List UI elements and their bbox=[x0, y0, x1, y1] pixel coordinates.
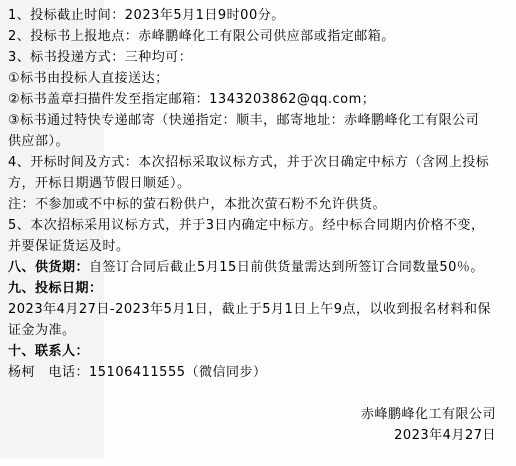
text-segment: ②标书盖章扫描件发至指定邮箱：1343203862@qq.com； bbox=[8, 92, 375, 107]
document-line-9: 方，开标日期遇节假日顺延）。 bbox=[8, 173, 516, 194]
document-line-15: 2023年4月27日-2023年5月1日，截止于5月1日上午9点，以收到报名材料… bbox=[8, 299, 516, 320]
document-line-3: 3、标书投递方式：三种均可： bbox=[8, 47, 516, 68]
text-segment: 自签订合同后截止5月15日前供货量需达到所签订合同数量50％。 bbox=[89, 260, 484, 275]
text-segment: 5、本次招标采用议标方式，并于3日内确定中标方。经中标合同期内价格不变， bbox=[8, 218, 485, 233]
text-segment: 3、标书投递方式：三种均可： bbox=[8, 50, 192, 65]
text-segment: ③标书通过特快专递邮寄（快递指定：顺丰，邮寄地址：赤峰鹏峰化工有限公司 bbox=[8, 113, 479, 128]
text-segment: 并要保证货运及时。 bbox=[8, 239, 130, 254]
document-line-1: 1、投标截止时间：2023年5月1日9时00分。 bbox=[8, 5, 516, 26]
document-line-17: 十、联系人： bbox=[8, 341, 516, 362]
text-segment: 供应部）。 bbox=[8, 134, 69, 149]
document-line-14: 九、投标日期： bbox=[8, 278, 516, 299]
document-line-13: 八、供货期：自签订合同后截止5月15日前供货量需达到所签订合同数量50％。 bbox=[8, 257, 516, 278]
document-line-12: 并要保证货运及时。 bbox=[8, 236, 516, 257]
document-body: 1、投标截止时间：2023年5月1日9时00分。2、投标书上报地点：赤峰鹏峰化工… bbox=[8, 5, 516, 446]
text-segment: 2、投标书上报地点：赤峰鹏峰化工有限公司供应部或指定邮箱。 bbox=[8, 29, 395, 44]
document-line-5: ②标书盖章扫描件发至指定邮箱：1343203862@qq.com； bbox=[8, 89, 516, 110]
text-segment: 证金为准。 bbox=[8, 323, 76, 338]
text-segment: 注：不参加或不中标的萤石粉供户，本批次萤石粉不允许供货。 bbox=[8, 197, 386, 212]
document-line-8: 4、开标时间及方式：本次招标采取议标方式，并于次日确定中标方（含网上投标 bbox=[8, 152, 516, 173]
heading-segment: 十、联系人： bbox=[8, 344, 89, 359]
text-segment: 杨柯 电话：15106411555（微信同步） bbox=[8, 365, 266, 380]
text-segment: 2023年4月27日 bbox=[394, 428, 496, 443]
document-line-6: ③标书通过特快专递邮寄（快递指定：顺丰，邮寄地址：赤峰鹏峰化工有限公司 bbox=[8, 110, 516, 131]
heading-segment: 九、投标日期： bbox=[8, 281, 103, 296]
text-segment: ①标书由投标人直接送达； bbox=[8, 71, 169, 86]
document-line-2: 2、投标书上报地点：赤峰鹏峰化工有限公司供应部或指定邮箱。 bbox=[8, 26, 516, 47]
document-line-21: 2023年4月27日 bbox=[8, 425, 516, 446]
document-line-18: 杨柯 电话：15106411555（微信同步） bbox=[8, 362, 516, 383]
document-line-16: 证金为准。 bbox=[8, 320, 516, 341]
text-segment: 方，开标日期遇节假日顺延）。 bbox=[8, 176, 191, 191]
text-segment: 赤峰鹏峰化工有限公司 bbox=[361, 407, 496, 422]
document-line-4: ①标书由投标人直接送达； bbox=[8, 68, 516, 89]
heading-segment: 八、供货期： bbox=[8, 260, 89, 275]
text-segment: 4、开标时间及方式：本次招标采取议标方式，并于次日确定中标方（含网上投标 bbox=[8, 155, 489, 170]
document-line-7: 供应部）。 bbox=[8, 131, 516, 152]
blank-line bbox=[8, 383, 516, 404]
text-segment: 2023年4月27日-2023年5月1日，截止于5月1日上午9点，以收到报名材料… bbox=[8, 302, 491, 317]
tender-notice-page: 1、投标截止时间：2023年5月1日9时00分。2、投标书上报地点：赤峰鹏峰化工… bbox=[0, 0, 516, 466]
text-segment: 1、投标截止时间：2023年5月1日9时00分。 bbox=[8, 8, 285, 23]
document-line-20: 赤峰鹏峰化工有限公司 bbox=[8, 404, 516, 425]
document-line-10: 注：不参加或不中标的萤石粉供户，本批次萤石粉不允许供货。 bbox=[8, 194, 516, 215]
document-line-11: 5、本次招标采用议标方式，并于3日内确定中标方。经中标合同期内价格不变， bbox=[8, 215, 516, 236]
